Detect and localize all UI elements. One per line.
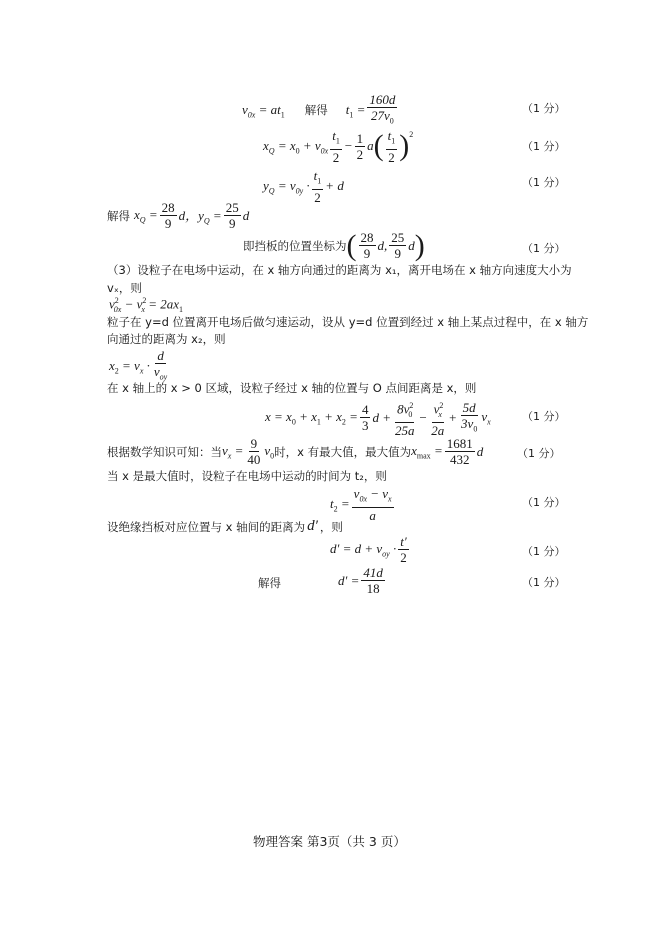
part4-line1: 粒子在 y=d 位置离开电场后做匀速运动，设从 y=d 位置到经过 x 轴上某点… [107,314,588,330]
part7-line: 当 x 是最大值时，设粒子在电场中运动的时间为 t₂，则 [107,468,387,484]
score-1: （1 分） [522,100,566,116]
part3-line1: （3）设粒子在电场中运动，在 x 轴方向通过的距离为 x₁，离开电场在 x 轴方… [107,262,572,278]
equation-yQ: yQ = v0y · t12 + d [263,168,344,205]
solve-label: 解得 [305,102,328,118]
baffle-position: 即挡板的位置坐标为 ( 289d, 259d ) [243,230,425,261]
score-8: （1 分） [522,543,566,559]
equation-d-prime: d′ = d + voy · t′2 [330,534,411,565]
score-7: （1 分） [522,494,566,510]
part5-line: 在 x 轴上的 x > 0 区域，设粒子经过 x 轴的位置与 O 点间距离是 x… [107,380,476,396]
score-5: （1 分） [522,408,566,424]
equation-d-prime-result: d′ = 41d18 [338,565,387,596]
equation-xQ: xQ = x0 + v0x t12 − 12 a(t12)2 [263,128,413,165]
solve-label-final: 解得 [258,575,281,591]
score-6: （1 分） [517,445,561,461]
part3-line2: vₓ，则 [107,280,142,296]
part8-line: 设绝缘挡板对应位置与 x 轴间的距离为 d′ ，则 [107,518,343,535]
part4-line2: 向通过的距离为 x₂，则 [107,331,226,347]
equation-x-total: x = x0 + x1 + x2 = 43d + 8v2025a− v2x2a+… [265,398,491,438]
score-2: （1 分） [522,138,566,154]
equation-v0x-squared: v20x − v2x = 2ax1 [109,296,183,314]
result-xQ-yQ: 解得 xQ = 289 d，yQ = 259 d [107,200,249,231]
score-9: （1 分） [522,574,566,590]
equation-v0x: v0x = at1 解得 t1 = 160d27v0 [242,92,399,129]
page-footer: 物理答案 第3页（共 3 页） [253,832,406,850]
max-value-line: 根据数学知识可知：当 vx = 940v0 时，x 有最大值，最大值为 xmax… [107,436,483,467]
score-3: （1 分） [522,174,566,190]
score-4: （1 分） [522,240,566,256]
fraction-t1: 160d27v0 [367,92,397,129]
